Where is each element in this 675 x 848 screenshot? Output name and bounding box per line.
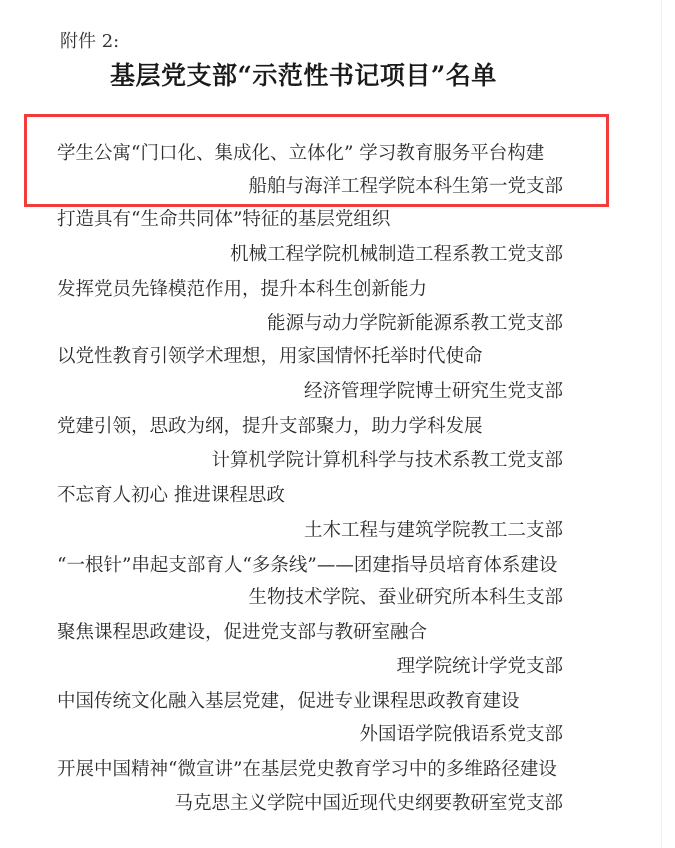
branch-unit-name: 马克思主义学院中国近现代史纲要教研室党支部 <box>174 792 563 816</box>
project-name: “一根针”串起支部育人“多条线”——团建指导员培育体系建设 <box>57 554 557 578</box>
project-name: 以党性教育引领学术理想，用家国情怀托举时代使命 <box>57 345 483 369</box>
branch-unit-name: 理学院统计学党支部 <box>396 655 563 679</box>
branch-unit-name: 能源与动力学院新能源系教工党支部 <box>267 312 563 336</box>
branch-unit-name: 计算机学院计算机科学与技术系教工党支部 <box>211 449 563 473</box>
project-name: 开展中国精神“微宣讲”在基层党史教育学习中的多维路径建设 <box>57 758 557 782</box>
project-name: 打造具有“生命共同体”特征的基层党组织 <box>57 208 390 232</box>
branch-unit-name: 船舶与海洋工程学院本科生第一党支部 <box>248 175 563 199</box>
branch-unit-name: 土木工程与建筑学院教工二支部 <box>304 519 563 543</box>
project-name: 发挥党员先锋模范作用，提升本科生创新能力 <box>57 278 427 302</box>
branch-unit-name: 生物技术学院、蚕业研究所本科生支部 <box>248 586 563 610</box>
project-name: 中国传统文化融入基层党建，促进专业课程思政教育建设 <box>57 690 520 714</box>
branch-unit-name: 外国语学院俄语系党支部 <box>359 723 563 747</box>
entry-list: 学生公寓“门口化、集成化、立体化” 学习教育服务平台构建 船舶与海洋工程学院本科… <box>0 0 675 848</box>
project-name: 党建引领，思政为纲，提升支部聚力，助力学科发展 <box>57 415 483 439</box>
branch-unit-name: 机械工程学院机械制造工程系教工党支部 <box>230 243 563 267</box>
project-name: 不忘育人初心 推进课程思政 <box>57 484 285 508</box>
branch-unit-name: 经济管理学院博士研究生党支部 <box>304 380 563 404</box>
project-name: 聚焦课程思政建设，促进党支部与教研室融合 <box>57 621 427 645</box>
project-name: 学生公寓“门口化、集成化、立体化” 学习教育服务平台构建 <box>57 142 544 166</box>
